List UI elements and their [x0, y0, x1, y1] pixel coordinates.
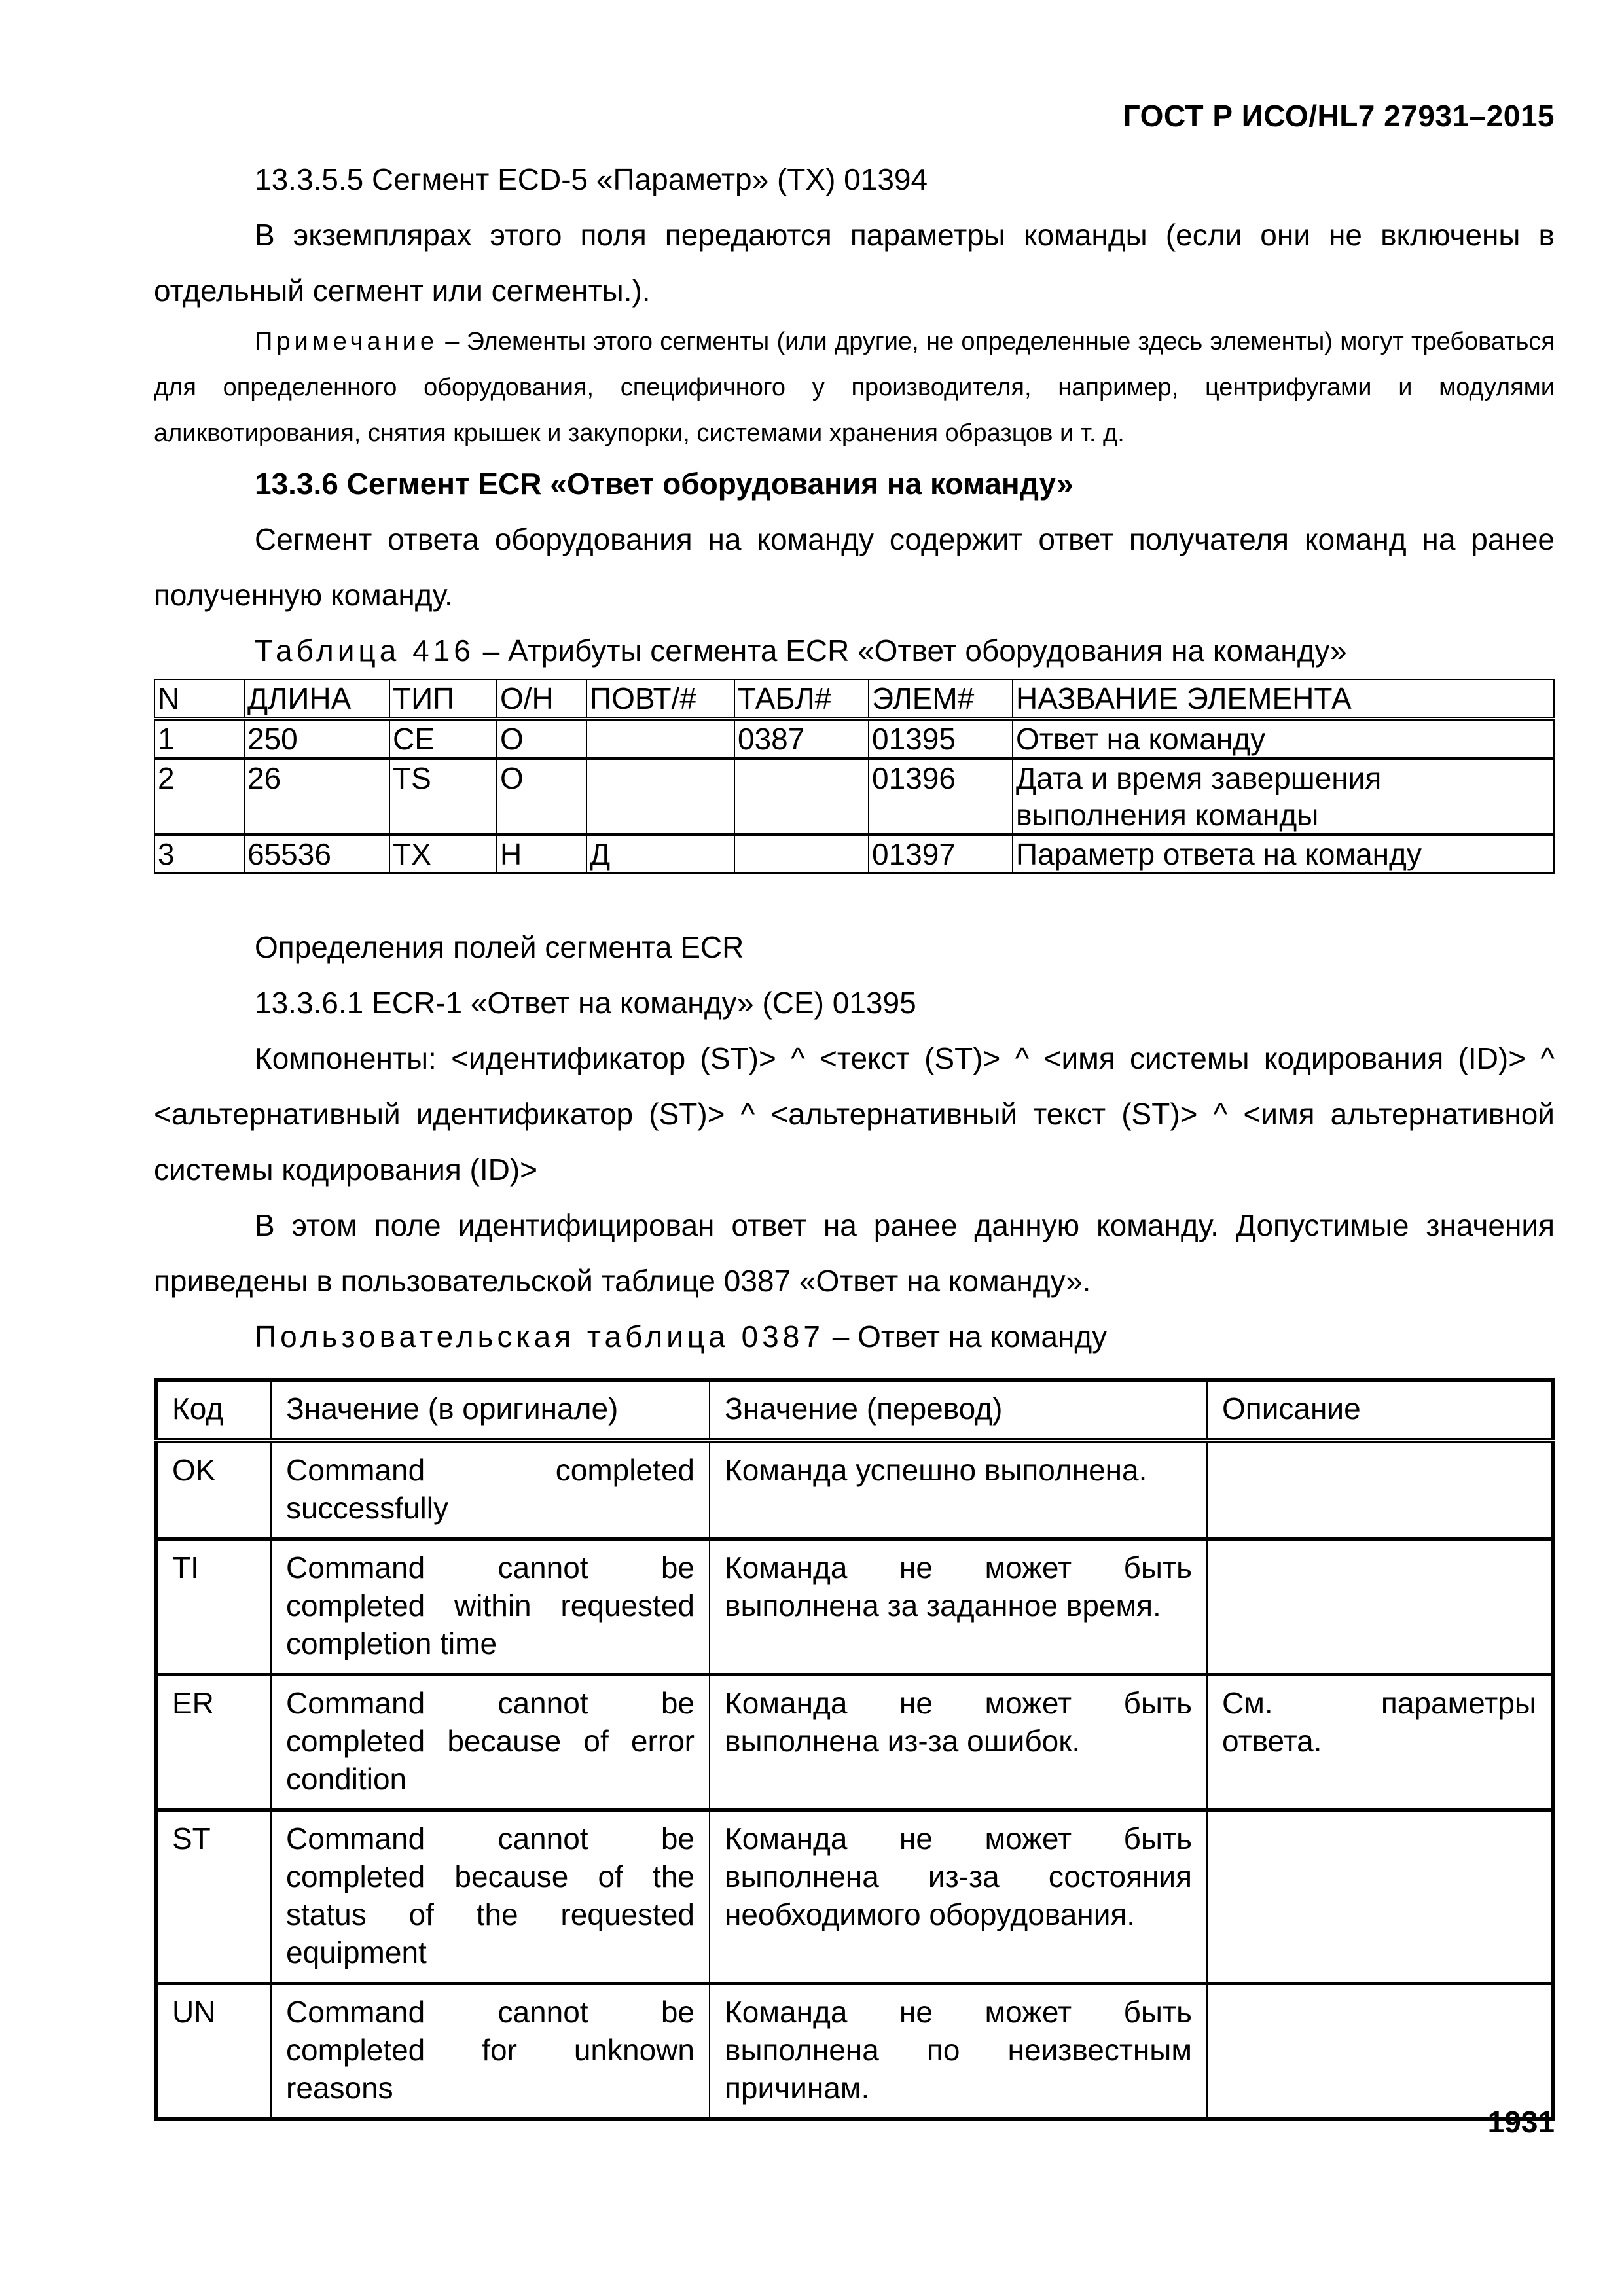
column-header: НАЗВАНИЕ ЭЛЕМЕНТА [1013, 679, 1554, 719]
table-cell: Ответ на команду [1013, 719, 1554, 759]
table-cell: 0387 [734, 719, 869, 759]
table-cell: Команда не может быть выполнена по неизв… [710, 1984, 1207, 2120]
section-1336-title: 13.3.6 Сегмент ECR «Ответ оборудования н… [154, 456, 1555, 512]
table-cell: Command cannot be completed for unknown … [271, 1984, 710, 2120]
table-cell: CE [389, 719, 497, 759]
table-cell [1207, 1539, 1553, 1675]
column-header: О/Н [497, 679, 586, 719]
table-row: 365536TXНД01397Параметр ответа на команд… [154, 834, 1554, 873]
column-header: Описание [1207, 1380, 1553, 1441]
table-cell: О [497, 759, 586, 834]
table-cell: Параметр ответа на команду [1013, 834, 1554, 873]
table-header-row: NДЛИНАТИПО/НПОВТ/#ТАБЛ#ЭЛЕМ#НАЗВАНИЕ ЭЛЕ… [154, 679, 1554, 719]
table-cell: Command completed successfully [271, 1441, 710, 1539]
table-cell: 3 [154, 834, 244, 873]
table-cell: TI [156, 1539, 271, 1675]
table-cell: Команда успешно выполнена. [710, 1441, 1207, 1539]
column-header: ТАБЛ# [734, 679, 869, 719]
table-cell: О [497, 719, 586, 759]
section-13361-body: В этом поле идентифицирован ответ на ран… [154, 1198, 1555, 1309]
table-cell: TS [389, 759, 497, 834]
table-cell: TX [389, 834, 497, 873]
components-text: Компоненты: <идентификатор (ST)> ^ <текс… [154, 1031, 1555, 1198]
section-1336-body: Сегмент ответа оборудования на команду с… [154, 512, 1555, 623]
table-416-caption: Таблица 416 – Атрибуты сегмента ECR «Отв… [154, 623, 1555, 679]
table-416-caption-text: – Атрибуты сегмента ECR «Ответ оборудова… [475, 634, 1347, 668]
table-cell [586, 759, 734, 834]
table-cell: Команда не может быть выполнена из-за со… [710, 1810, 1207, 1984]
table-0387: КодЗначение (в оригинале)Значение (перев… [154, 1378, 1555, 2121]
table-416: NДЛИНАТИПО/НПОВТ/#ТАБЛ#ЭЛЕМ#НАЗВАНИЕ ЭЛЕ… [154, 679, 1555, 874]
table-cell: 1 [154, 719, 244, 759]
page-number: 1931 [1488, 2104, 1555, 2140]
table-row: 226TSО01396Дата и время завершения выпол… [154, 759, 1554, 834]
table-row: ERCommand cannot be completed because of… [156, 1675, 1553, 1810]
table-row: STCommand cannot be completed because of… [156, 1810, 1553, 1984]
table-416-label: Таблица 416 [255, 634, 475, 668]
table-0387-caption: Пользовательская таблица 0387 – Ответ на… [154, 1309, 1555, 1365]
table-cell: ER [156, 1675, 271, 1810]
table-0387-caption-text: – Ответ на команду [824, 1319, 1107, 1354]
table-0387-label: Пользовательская таблица 0387 [255, 1319, 824, 1354]
section-13355-body: В экземплярах этого поля передаются пара… [154, 207, 1555, 319]
table-row: TICommand cannot be completed within req… [156, 1539, 1553, 1675]
table-cell: Дата и время завершения выполнения коман… [1013, 759, 1554, 834]
table-cell: 250 [244, 719, 389, 759]
table-cell [734, 759, 869, 834]
table-cell: 01395 [869, 719, 1013, 759]
column-header: ЭЛЕМ# [869, 679, 1013, 719]
table-cell [586, 719, 734, 759]
table-cell: Command cannot be completed because of e… [271, 1675, 710, 1810]
note-label: Примечание [255, 328, 438, 355]
table-cell [1207, 1984, 1553, 2120]
column-header: Значение (в оригинале) [271, 1380, 710, 1441]
table-cell: 2 [154, 759, 244, 834]
table-cell: 65536 [244, 834, 389, 873]
table-cell: Н [497, 834, 586, 873]
table-cell: ST [156, 1810, 271, 1984]
section-13361-title: 13.3.6.1 ECR-1 «Ответ на команду» (CE) 0… [154, 975, 1555, 1031]
table-cell: См. параметры ответа. [1207, 1675, 1553, 1810]
table-row: 1250CEО038701395Ответ на команду [154, 719, 1554, 759]
table-cell: Command cannot be completed within reque… [271, 1539, 710, 1675]
table-cell: 01397 [869, 834, 1013, 873]
column-header: N [154, 679, 244, 719]
table-cell: 01396 [869, 759, 1013, 834]
table-header-row: КодЗначение (в оригинале)Значение (перев… [156, 1380, 1553, 1441]
column-header: Код [156, 1380, 271, 1441]
column-header: ДЛИНА [244, 679, 389, 719]
table-cell: UN [156, 1984, 271, 2120]
table-cell [1207, 1441, 1553, 1539]
note: Примечание – Элементы этого сегменты (ил… [154, 319, 1555, 456]
table-cell: Команда не может быть выполнена из-за ош… [710, 1675, 1207, 1810]
table-row: UNCommand cannot be completed for unknow… [156, 1984, 1553, 2120]
column-header: Значение (перевод) [710, 1380, 1207, 1441]
column-header: ТИП [389, 679, 497, 719]
table-cell: OK [156, 1441, 271, 1539]
page-content: 13.3.5.5 Сегмент ECD-5 «Параметр» (TX) 0… [154, 0, 1555, 2121]
table-cell: Command cannot be completed because of t… [271, 1810, 710, 1984]
column-header: ПОВТ/# [586, 679, 734, 719]
table-cell: Команда не может быть выполнена за задан… [710, 1539, 1207, 1675]
table-cell [734, 834, 869, 873]
table-cell: 26 [244, 759, 389, 834]
table-cell [1207, 1810, 1553, 1984]
table-row: OKCommand completed successfullyКоманда … [156, 1441, 1553, 1539]
field-definitions-heading: Определения полей сегмента ECR [154, 920, 1555, 975]
section-13355-title: 13.3.5.5 Сегмент ECD-5 «Параметр» (TX) 0… [154, 152, 1555, 207]
table-cell: Д [586, 834, 734, 873]
